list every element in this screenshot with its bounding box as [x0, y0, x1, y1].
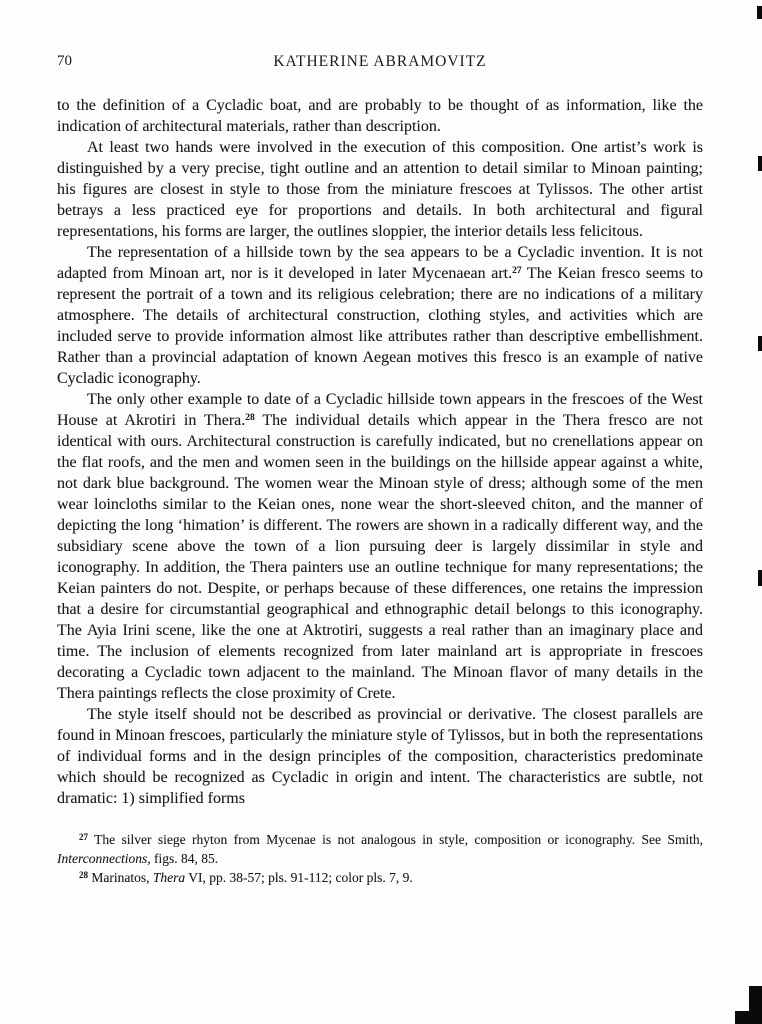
footnote-ref: 28	[245, 413, 255, 423]
running-head: KATHERINE ABRAMOVITZ	[57, 53, 703, 71]
paragraph: to the definition of a Cycladic boat, an…	[57, 95, 703, 137]
footnotes: 27 The silver siege rhyton from Mycenae …	[57, 830, 703, 887]
scan-artifact	[735, 1011, 762, 1024]
scan-artifact	[757, 6, 762, 19]
footnote: 28 Marinatos, Thera VI, pp. 38-57; pls. …	[57, 868, 703, 887]
body-text: to the definition of a Cycladic boat, an…	[57, 95, 703, 809]
document-page: 70 KATHERINE ABRAMOVITZ to the definitio…	[0, 0, 762, 1024]
page-header: 70 KATHERINE ABRAMOVITZ	[57, 53, 703, 73]
paragraph: At least two hands were involved in the …	[57, 137, 703, 242]
page-number: 70	[57, 53, 72, 70]
paragraph: The only other example to date of a Cycl…	[57, 389, 703, 704]
scan-artifact	[758, 336, 762, 351]
footnote: 27 The silver siege rhyton from Mycenae …	[57, 830, 703, 868]
paragraph: The style itself should not be described…	[57, 704, 703, 809]
paragraph: The representation of a hillside town by…	[57, 242, 703, 389]
footnote-number: 27	[79, 832, 88, 842]
scan-artifact	[758, 156, 762, 171]
scan-artifact	[758, 570, 762, 586]
footnote-ref: 27	[512, 266, 522, 276]
footnote-number: 28	[79, 870, 88, 880]
